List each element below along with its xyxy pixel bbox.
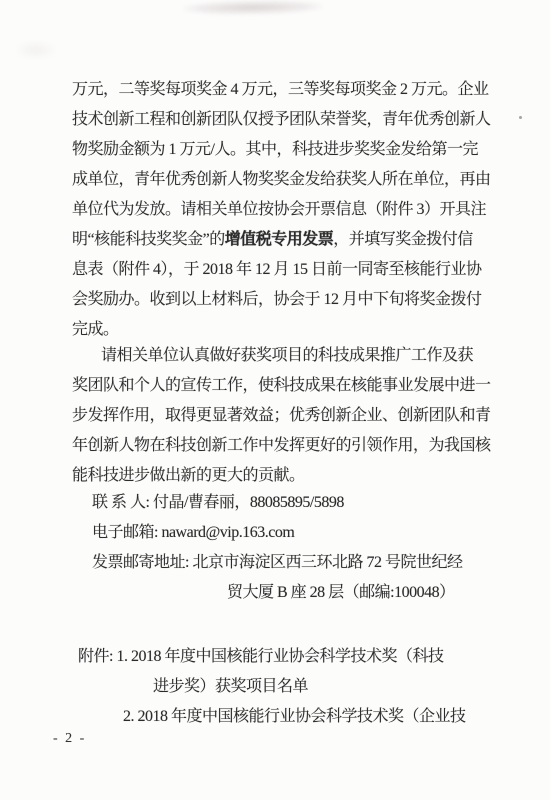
contact-person-line: 联 系 人: 付晶/曹春丽，88085895/5898 [72,488,502,518]
attachments-block: 附件: 1. 2018 年度中国核能行业协会科学技术奖（科技 进步奖）获奖项目名… [72,642,502,732]
text-line: 万元，二等奖每项奖金 4 万元，三等奖每项奖金 2 万元。企业 [72,75,502,105]
contact-email-line: 电子邮箱: naward@vip.163.com [72,518,502,548]
scan-speck [519,116,522,119]
attachment-item-2-line-1: 2. 2018 年度中国核能行业协会科学技术奖（企业技 [72,702,502,732]
text-line: 物奖励金额为 1 万元/人。其中，科技进步奖奖金发给第一完 [72,135,502,165]
paragraph-promotion: 请相关单位认真做好获奖项目的科技成果推广工作及获 奖团队和个人的宣传工作，使科技… [72,341,502,491]
page-number: - 2 - [53,729,86,749]
contact-block: 联 系 人: 付晶/曹春丽，88085895/5898 电子邮箱: naward… [72,488,502,608]
scan-smudge-top [183,0,323,15]
text-line: 息表（附件 4），于 2018 年 12 月 15 日前一同寄至核能行业协 [72,255,502,285]
text-line: 单位代为发放。请相关单位按协会开票信息（附件 3）开具注 [72,195,502,225]
text-line: 步发挥作用，取得更显著效益；优秀创新企业、创新团队和青 [72,401,502,431]
text-line: 奖团队和个人的宣传工作，使科技成果在核能事业发展中进一 [72,371,502,401]
attachment-item-1-line-1: 附件: 1. 2018 年度中国核能行业协会科学技术奖（科技 [72,642,502,672]
document-page: 万元，二等奖每项奖金 4 万元，三等奖每项奖金 2 万元。企业 技术创新工程和创… [0,0,550,800]
scan-smudge-faint [14,40,58,60]
text-line-with-bold: 明“核能科技奖奖金”的增值税专用发票，并填写奖金拨付信 [72,225,502,255]
text-line: 会奖励办。收到以上材料后，协会于 12 月中下旬将奖金拨付 [72,285,502,315]
text-line: 能科技进步做出新的更大的贡献。 [72,461,502,491]
text-line: 成单位，青年优秀创新人物奖奖金发给获奖人所在单位，再由 [72,165,502,195]
text-segment: 明“核能科技奖奖金”的 [72,231,225,248]
invoice-address-line-2: 贸大厦 B 座 28 层（邮编:100048） [72,578,502,608]
text-line: 技术创新工程和创新团队仅授予团队荣誉奖，青年优秀创新人 [72,105,502,135]
attachment-item-1-line-2: 进步奖）获奖项目名单 [72,672,502,702]
bold-text-vat-invoice: 增值税专用发票 [225,231,334,248]
paragraph-award-payment: 万元，二等奖每项奖金 4 万元，三等奖每项奖金 2 万元。企业 技术创新工程和创… [72,75,502,345]
text-line: 请相关单位认真做好获奖项目的科技成果推广工作及获 [72,341,502,371]
text-line: 年创新人物在科技创新工作中发挥更好的引领作用，为我国核 [72,431,502,461]
text-segment: ，并填写奖金拨付信 [333,231,473,248]
invoice-address-line-1: 发票邮寄地址: 北京市海淀区西三环北路 72 号院世纪经 [72,548,502,578]
